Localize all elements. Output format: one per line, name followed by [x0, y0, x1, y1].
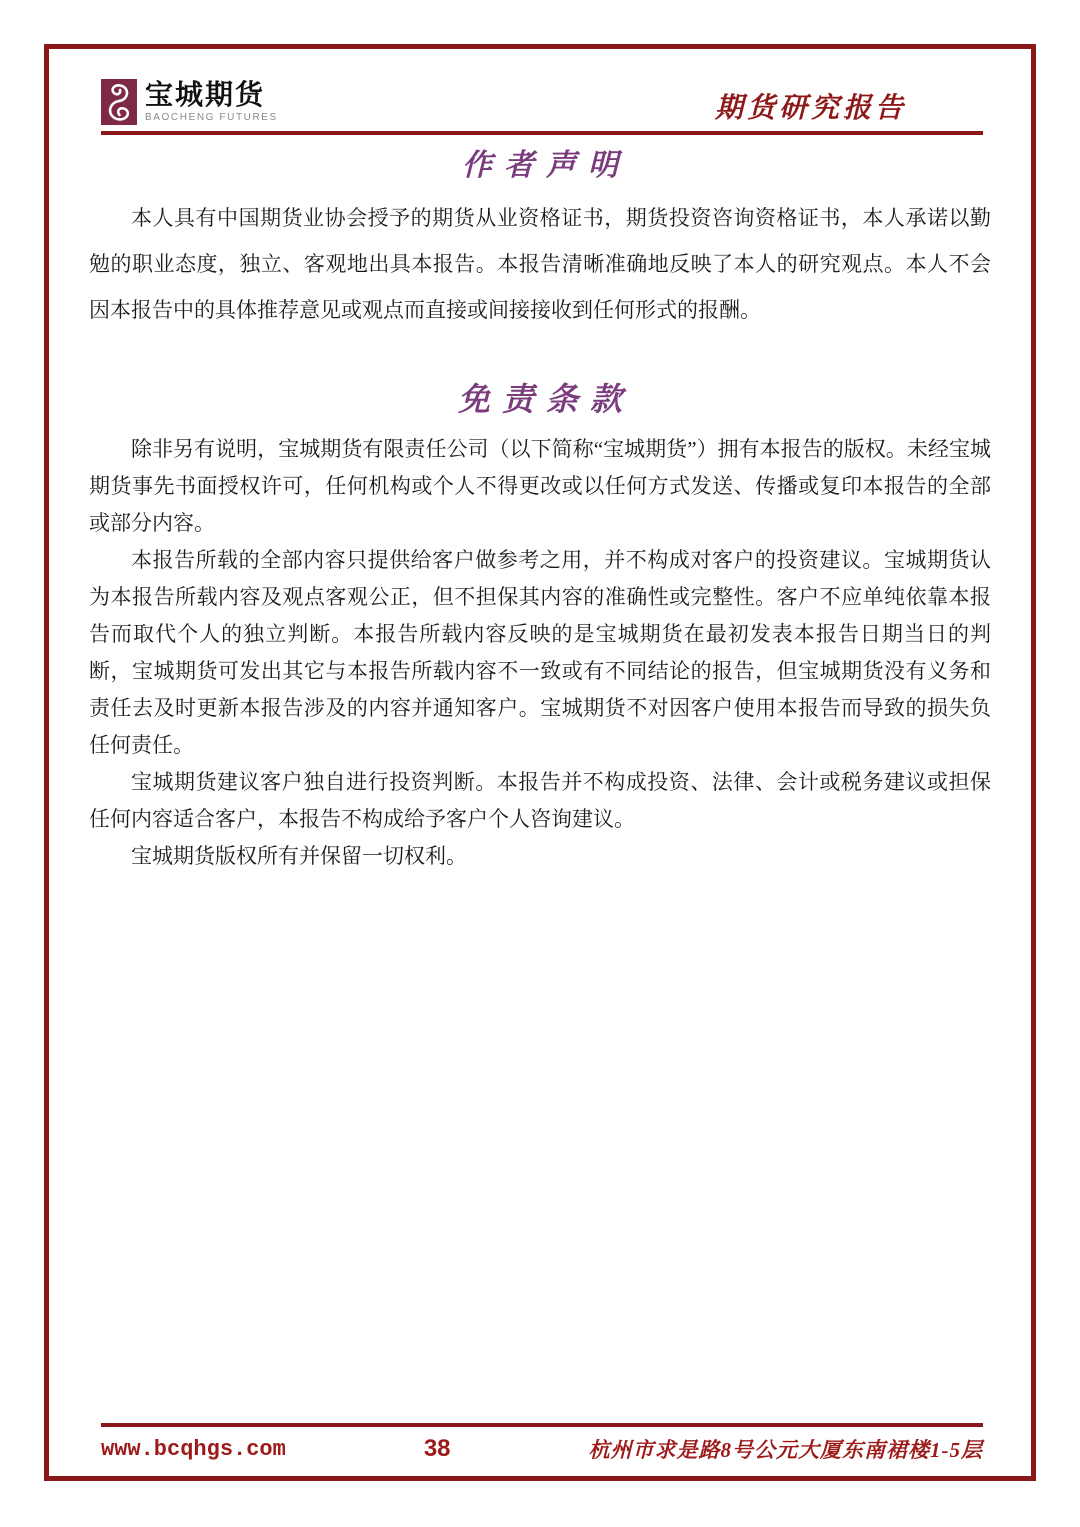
disclaimer-paragraph-2: 本报告所载的全部内容只提供给客户做参考之用，并不构成对客户的投资建议。宝城期货认… [89, 542, 991, 764]
baocheng-logo-text: 宝城期货 BAOCHENG FUTURES [145, 82, 278, 123]
author-statement-paragraph: 本人具有中国期货业协会授予的期货从业资格证书，期货投资咨询资格证书，本人承诺以勤… [89, 195, 991, 333]
disclaimer-paragraph-4: 宝城期货版权所有并保留一切权利。 [89, 838, 991, 875]
section-title-author-statement: 作者声明 [89, 147, 991, 185]
logo-name-chinese: 宝城期货 [145, 82, 278, 110]
section-title-disclaimer: 免责条款 [89, 379, 991, 419]
footer-row: www.bcqhgs.com 38 杭州市求是路8号公元大厦东南裙楼1-5层 [101, 1427, 983, 1476]
page-footer: www.bcqhgs.com 38 杭州市求是路8号公元大厦东南裙楼1-5层 [49, 1423, 1031, 1476]
page-header: 宝城期货 BAOCHENG FUTURES 期货研究报告 [49, 49, 1031, 125]
header-divider [101, 131, 983, 135]
report-type-label: 期货研究报告 [715, 95, 907, 125]
baocheng-logo-icon [101, 79, 137, 125]
report-page-frame: 宝城期货 BAOCHENG FUTURES 期货研究报告 作者声明 本人具有中国… [44, 44, 1036, 1481]
footer-page-number: 38 [424, 1435, 451, 1462]
footer-page-number-wrap: 38 [286, 1435, 589, 1463]
logo-name-english: BAOCHENG FUTURES [145, 113, 278, 123]
report-body: 作者声明 本人具有中国期货业协会授予的期货从业资格证书，期货投资咨询资格证书，本… [49, 147, 1031, 875]
baocheng-logo: 宝城期货 BAOCHENG FUTURES [101, 79, 278, 125]
footer-website: www.bcqhgs.com [101, 1437, 286, 1462]
disclaimer-paragraph-1: 除非另有说明，宝城期货有限责任公司（以下简称“宝城期货”）拥有本报告的版权。未经… [89, 431, 991, 542]
footer-address: 杭州市求是路8号公元大厦东南裙楼1-5层 [589, 1434, 984, 1464]
disclaimer-paragraph-3: 宝城期货建议客户独自进行投资判断。本报告并不构成投资、法律、会计或税务建议或担保… [89, 764, 991, 838]
